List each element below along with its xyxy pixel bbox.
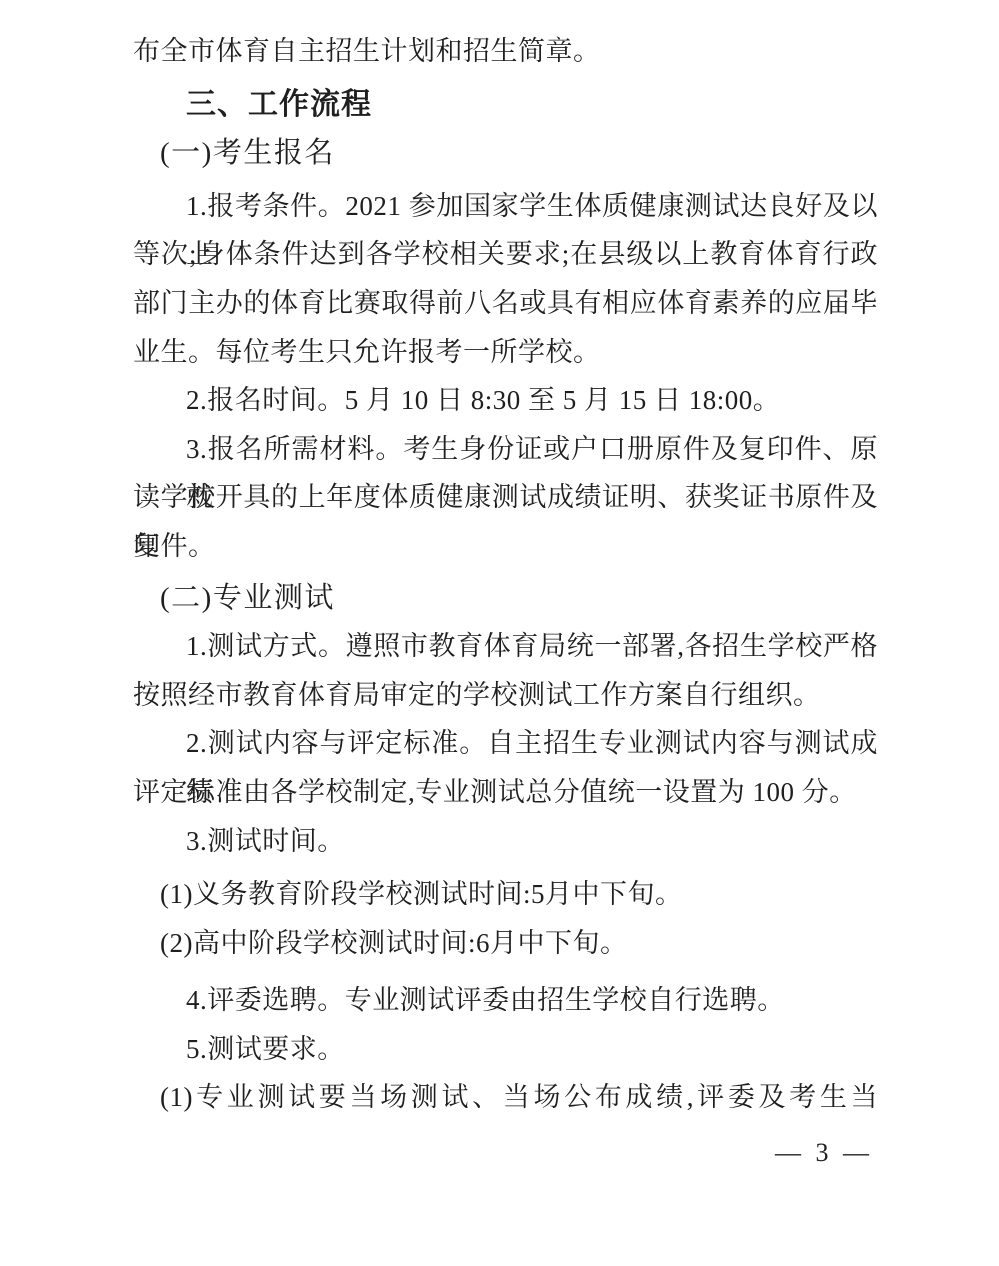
text-line: (一)考生报名 xyxy=(133,129,878,178)
para-required-materials: 3.报名所需材料。考生身份证或户口册原件及复印件、原就读学校开具的上年度体质健康… xyxy=(133,425,878,571)
text-line: 1.测试方式。遵照市教育体育局统一部署,各招生学校严格 xyxy=(133,622,878,671)
text-line: 2.测试内容与评定标准。自主招生专业测试内容与测试成绩 xyxy=(133,719,878,768)
subheading-professional-test: (二)专业测试 xyxy=(133,574,878,623)
text-line: 读学校开具的上年度体质健康测试成绩证明、获奖证书原件及复 xyxy=(133,473,878,522)
text-line: (1)义务教育阶段学校测试时间:5月中下旬。 xyxy=(133,870,878,919)
para-application-conditions: 1.报考条件。2021 参加国家学生体质健康测试达良好及以上等次;身体条件达到各… xyxy=(133,182,878,376)
document-page: 布全市体育自主招生计划和招生简章。三、工作流程(一)考生报名1.报考条件。202… xyxy=(0,0,999,1266)
subheading-candidate-registration: (一)考生报名 xyxy=(133,129,878,178)
para-test-requirements: 5.测试要求。 xyxy=(133,1025,878,1074)
para-test-time-highschool: (2)高中阶段学校测试时间:6月中下旬。 xyxy=(133,919,878,968)
text-line: 印件。 xyxy=(133,522,878,571)
heading-workflow: 三、工作流程 xyxy=(133,81,878,130)
text-line: 1.报考条件。2021 参加国家学生体质健康测试达良好及以上 xyxy=(133,182,878,231)
text-line: (1)专业测试要当场测试、当场公布成绩,评委及考生当 xyxy=(133,1073,878,1122)
text-line: 5.测试要求。 xyxy=(133,1025,878,1074)
text-line: (2)高中阶段学校测试时间:6月中下旬。 xyxy=(133,919,878,968)
para-test-time-compulsory: (1)义务教育阶段学校测试时间:5月中下旬。 xyxy=(133,870,878,919)
text-line: 布全市体育自主招生计划和招生简章。 xyxy=(133,27,878,76)
page-number: — 3 — xyxy=(775,1129,873,1178)
para-registration-time: 2.报名时间。5 月 10 日 8:30 至 5 月 15 日 18:00。 xyxy=(133,376,878,425)
text-line: 3.报名所需材料。考生身份证或户口册原件及复印件、原就 xyxy=(133,425,878,474)
document-body: 布全市体育自主招生计划和招生简章。三、工作流程(一)考生报名1.报考条件。202… xyxy=(133,0,878,1122)
text-line: 评定标准由各学校制定,专业测试总分值统一设置为 100 分。 xyxy=(133,768,878,817)
para-continuation: 布全市体育自主招生计划和招生简章。 xyxy=(133,27,878,76)
text-line: (二)专业测试 xyxy=(133,574,878,623)
text-line: 三、工作流程 xyxy=(133,81,878,130)
text-line: 等次;身体条件达到各学校相关要求;在县级以上教育体育行政 xyxy=(133,230,878,279)
text-line: 4.评委选聘。专业测试评委由招生学校自行选聘。 xyxy=(133,976,878,1025)
text-line: 按照经市教育体育局审定的学校测试工作方案自行组织。 xyxy=(133,671,878,720)
para-test-method: 1.测试方式。遵照市教育体育局统一部署,各招生学校严格按照经市教育体育局审定的学… xyxy=(133,622,878,719)
text-line: 业生。每位考生只允许报考一所学校。 xyxy=(133,328,878,377)
para-test-content-standards: 2.测试内容与评定标准。自主招生专业测试内容与测试成绩评定标准由各学校制定,专业… xyxy=(133,719,878,816)
text-line: 部门主办的体育比赛取得前八名或具有相应体育素养的应届毕 xyxy=(133,279,878,328)
text-line: 3.测试时间。 xyxy=(133,817,878,866)
text-line: 2.报名时间。5 月 10 日 8:30 至 5 月 15 日 18:00。 xyxy=(133,376,878,425)
para-judge-selection: 4.评委选聘。专业测试评委由招生学校自行选聘。 xyxy=(133,976,878,1025)
para-test-time: 3.测试时间。 xyxy=(133,817,878,866)
para-onsite-testing: (1)专业测试要当场测试、当场公布成绩,评委及考生当 xyxy=(133,1073,878,1122)
